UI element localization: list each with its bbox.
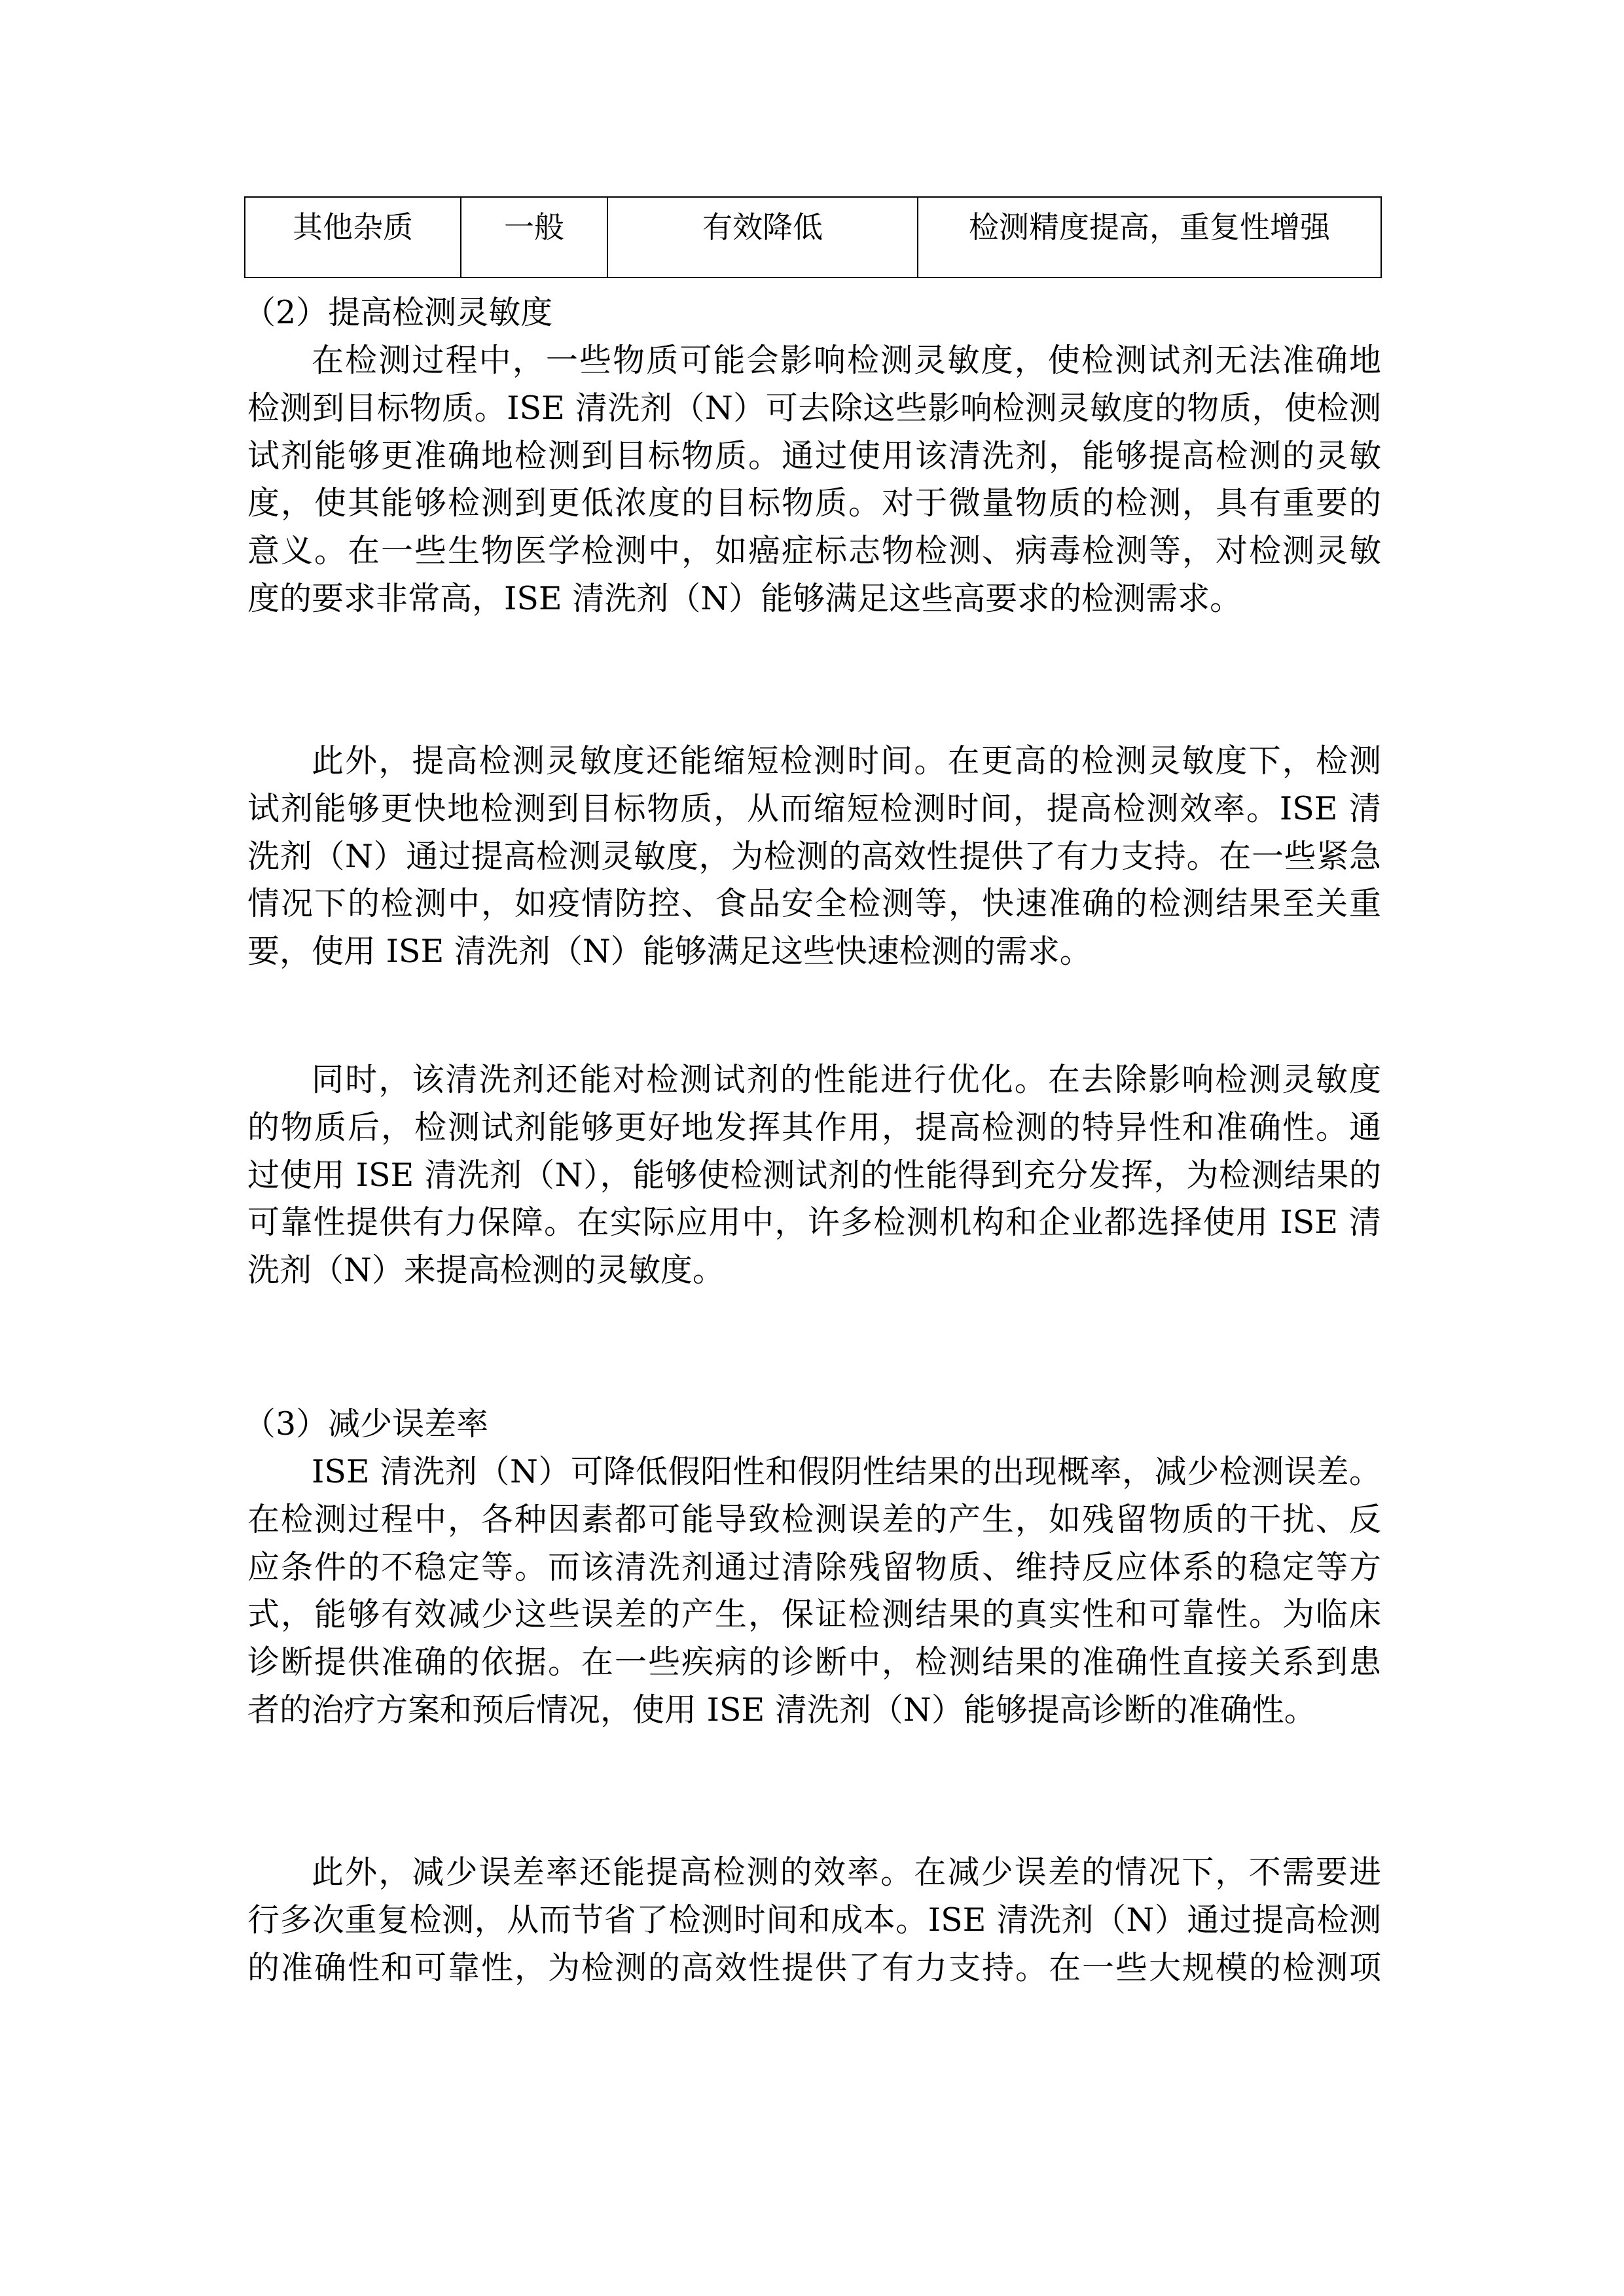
text-line: 应条件的不稳定等。而该清洗剂通过清除残留物质、维持反应体系的稳定等方 xyxy=(247,1544,1381,1592)
section-heading-error-rate: （3）减少误差率 xyxy=(244,1401,488,1448)
text-line: 诊断提供准确的依据。在一些疾病的诊断中，检测结果的准确性直接关系到患 xyxy=(247,1639,1381,1687)
table-cell-level: 一般 xyxy=(461,197,607,278)
text-line: 者的治疗方案和预后情况，使用 ISE 清洗剂（N）能够提高诊断的准确性。 xyxy=(247,1687,1381,1734)
text-line: 试剂能够更准确地检测到目标物质。通过使用该清洗剂，能够提高检测的灵敏 xyxy=(247,433,1381,480)
text-line: 行多次重复检测，从而节省了检测时间和成本。ISE 清洗剂（N）通过提高检测 xyxy=(247,1897,1381,1945)
table-cell-impurity-type: 其他杂质 xyxy=(245,197,461,278)
text-line: 过使用 ISE 清洗剂（N），能够使检测试剂的性能得到充分发挥，为检测结果的 xyxy=(247,1152,1381,1200)
impurity-table: 其他杂质 一般 有效降低 检测精度提高，重复性增强 xyxy=(244,196,1382,278)
text-line: 的物质后，检测试剂能够更好地发挥其作用，提高检测的特异性和准确性。通 xyxy=(247,1104,1381,1152)
text-line: 此外，减少误差率还能提高检测的效率。在减少误差的情况下，不需要进 xyxy=(247,1849,1381,1897)
section-heading-sensitivity: （2）提高检测灵敏度 xyxy=(244,289,552,337)
table-cell-effect: 有效降低 xyxy=(607,197,918,278)
document-page: 其他杂质 一般 有效降低 检测精度提高，重复性增强 （2）提高检测灵敏度 在检测… xyxy=(0,0,1624,2296)
table-row: 其他杂质 一般 有效降低 检测精度提高，重复性增强 xyxy=(245,197,1381,278)
text-line: 此外，提高检测灵敏度还能缩短检测时间。在更高的检测灵敏度下，检测 xyxy=(247,738,1381,785)
text-line: ISE 清洗剂（N）可降低假阳性和假阴性结果的出现概率，减少检测误差。 xyxy=(247,1448,1381,1496)
text-line: 洗剂（N）通过提高检测灵敏度，为检测的高效性提供了有力支持。在一些紧急 xyxy=(247,833,1381,881)
text-line: 可靠性提供有力保障。在实际应用中，许多检测机构和企业都选择使用 ISE 清 xyxy=(247,1199,1381,1247)
paragraph-sensitivity-2: 此外，提高检测灵敏度还能缩短检测时间。在更高的检测灵敏度下，检测 试剂能够更快地… xyxy=(247,738,1381,976)
text-line: 同时，该清洗剂还能对检测试剂的性能进行优化。在去除影响检测灵敏度 xyxy=(247,1056,1381,1104)
table-cell-result: 检测精度提高，重复性增强 xyxy=(918,197,1381,278)
paragraph-error-rate-1: ISE 清洗剂（N）可降低假阳性和假阴性结果的出现概率，减少检测误差。 在检测过… xyxy=(247,1448,1381,1734)
text-line: 式，能够有效减少这些误差的产生，保证检测结果的真实性和可靠性。为临床 xyxy=(247,1591,1381,1639)
text-line: 情况下的检测中，如疫情防控、食品安全检测等，快速准确的检测结果至关重 xyxy=(247,880,1381,928)
paragraph-sensitivity-3: 同时，该清洗剂还能对检测试剂的性能进行优化。在去除影响检测灵敏度 的物质后，检测… xyxy=(247,1056,1381,1295)
text-line: 检测到目标物质。ISE 清洗剂（N）可去除这些影响检测灵敏度的物质，使检测 xyxy=(247,385,1381,433)
text-line: 在检测过程中，各种因素都可能导致检测误差的产生，如残留物质的干扰、反 xyxy=(247,1496,1381,1544)
text-line: 试剂能够更快地检测到目标物质，从而缩短检测时间，提高检测效率。ISE 清 xyxy=(247,785,1381,833)
text-line: 度，使其能够检测到更低浓度的目标物质。对于微量物质的检测，具有重要的 xyxy=(247,480,1381,528)
text-line: 意义。在一些生物医学检测中，如癌症标志物检测、病毒检测等，对检测灵敏 xyxy=(247,528,1381,575)
paragraph-error-rate-2: 此外，减少误差率还能提高检测的效率。在减少误差的情况下，不需要进 行多次重复检测… xyxy=(247,1849,1381,1992)
paragraph-sensitivity-1: 在检测过程中，一些物质可能会影响检测灵敏度，使检测试剂无法准确地 检测到目标物质… xyxy=(247,337,1381,623)
text-line: 洗剂（N）来提高检测的灵敏度。 xyxy=(247,1247,1381,1295)
text-line: 的准确性和可靠性，为检测的高效性提供了有力支持。在一些大规模的检测项 xyxy=(247,1945,1381,1992)
text-line: 要，使用 ISE 清洗剂（N）能够满足这些快速检测的需求。 xyxy=(247,928,1381,976)
text-line: 在检测过程中，一些物质可能会影响检测灵敏度，使检测试剂无法准确地 xyxy=(247,337,1381,385)
text-line: 度的要求非常高，ISE 清洗剂（N）能够满足这些高要求的检测需求。 xyxy=(247,575,1381,623)
